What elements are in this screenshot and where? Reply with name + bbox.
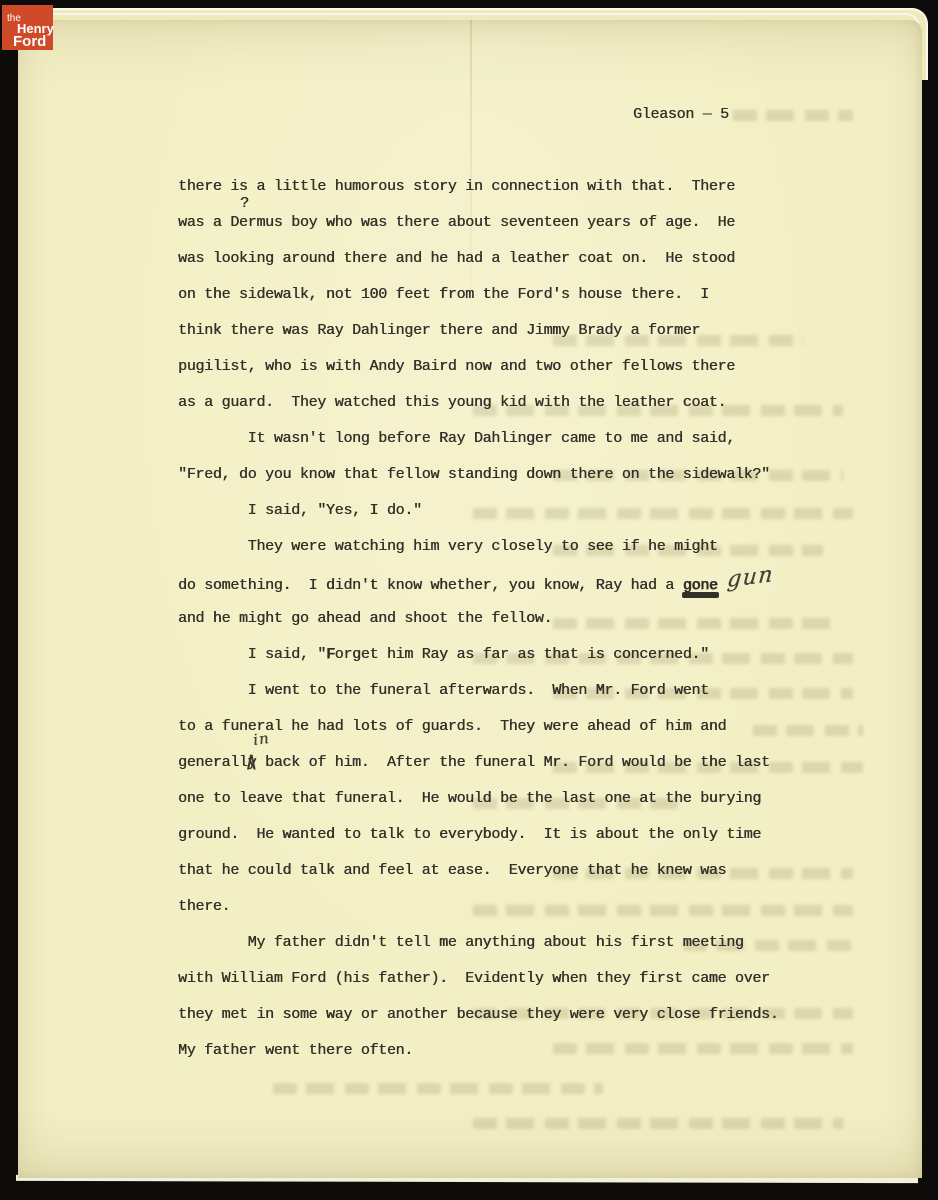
typed-segment: pugilist, who is with Andy Baird now and… <box>178 358 735 375</box>
typed-line: pugilist, who is with Andy Baird now and… <box>178 349 858 385</box>
typed-segment: was looking around there and he had a le… <box>178 250 735 267</box>
typed-segment: there is a little humorous story in conn… <box>178 178 735 195</box>
typed-segment: that he could talk and feel at ease. Eve… <box>178 862 726 879</box>
typed-segment: do something. I didn't know whether, you… <box>178 577 683 594</box>
scan-background: Gleason — 5 there is a little humorous s… <box>0 0 938 1200</box>
insertion-caret-icon: ∧ <box>245 747 256 779</box>
typed-line: as a guard. They watched this young kid … <box>178 385 858 421</box>
typed-segment: orget him Ray as far as that is concerne… <box>335 646 709 663</box>
typed-segment: I said, " <box>178 646 326 663</box>
typed-segment: as a guard. They watched this young kid … <box>178 394 726 411</box>
typed-segment: "Fred, do you know that fellow standing … <box>178 466 770 483</box>
struck-out-word: gone <box>683 577 718 594</box>
typed-segment: generally back of him. After the funeral… <box>178 754 770 771</box>
typed-segment: and he might go ahead and shoot the fell… <box>178 610 552 627</box>
typed-segment: My father went there often. <box>178 1042 413 1059</box>
typed-line: generally back of him. After the funeral… <box>178 745 858 781</box>
typed-segment: one to leave that funeral. He would be t… <box>178 790 761 807</box>
typed-line: was a Dermus boy who was there about sev… <box>178 205 858 241</box>
typed-line: they met in some way or another because … <box>178 997 858 1033</box>
typed-line: think there was Ray Dahlinger there and … <box>178 313 858 349</box>
bleed-through-line <box>473 1118 843 1129</box>
document-page: Gleason — 5 there is a little humorous s… <box>18 20 922 1178</box>
typed-line: I said, "Forget him Ray as far as that i… <box>178 637 858 673</box>
typed-segment: there. <box>178 898 230 915</box>
page-header: Gleason — 5 <box>633 106 729 123</box>
typed-line: My father went there often. <box>178 1033 858 1069</box>
typed-line: do something. I didn't know whether, you… <box>178 565 858 601</box>
typed-segment: think there was Ray Dahlinger there and … <box>178 322 700 339</box>
handwritten-word-gun: gun <box>725 557 775 599</box>
typed-line: "Fred, do you know that fellow standing … <box>178 457 858 493</box>
logo-text-ford: Ford <box>13 33 46 50</box>
typed-question-mark-annotation: ? <box>240 195 249 212</box>
typed-line: that he could talk and feel at ease. Eve… <box>178 853 858 889</box>
typed-segment: on the sidewalk, not 100 feet from the F… <box>178 286 709 303</box>
typed-line: My father didn't tell me anything about … <box>178 925 858 961</box>
typed-segment: was a Dermus boy who was there about sev… <box>178 214 735 231</box>
typed-line: and he might go ahead and shoot the fell… <box>178 601 858 637</box>
typed-line: I said, "Yes, I do." <box>178 493 858 529</box>
typed-line: one to leave that funeral. He would be t… <box>178 781 858 817</box>
typed-segment: I said, "Yes, I do." <box>178 502 422 519</box>
typed-segment: with William Ford (his father). Evidentl… <box>178 970 770 987</box>
typed-segment: They were watching him very closely to s… <box>178 538 718 555</box>
typed-line: It wasn't long before Ray Dahlinger came… <box>178 421 858 457</box>
bleed-through-line <box>733 110 853 121</box>
typed-line: on the sidewalk, not 100 feet from the F… <box>178 277 858 313</box>
typed-segment: I went to the funeral afterwards. When M… <box>178 682 709 699</box>
typed-segment: ground. He wanted to talk to everybody. … <box>178 826 761 843</box>
typed-line: I went to the funeral afterwards. When M… <box>178 673 858 709</box>
typed-text-block: there is a little humorous story in conn… <box>178 169 858 1069</box>
typed-line: with William Ford (his father). Evidentl… <box>178 961 858 997</box>
typed-segment: they met in some way or another because … <box>178 1006 778 1023</box>
typed-line: to a funeral he had lots of guards. They… <box>178 709 858 745</box>
typed-line: there. <box>178 889 858 925</box>
typed-segment: It wasn't long before Ray Dahlinger came… <box>178 430 735 447</box>
henry-ford-logo: the Henry Ford <box>2 5 53 50</box>
typed-segment: My father didn't tell me anything about … <box>178 934 744 951</box>
typed-line: there is a little humorous story in conn… <box>178 169 858 205</box>
bleed-through-line <box>273 1083 603 1094</box>
typed-line: was looking around there and he had a le… <box>178 241 858 277</box>
typed-segment: F <box>326 646 335 663</box>
typed-line: ground. He wanted to talk to everybody. … <box>178 817 858 853</box>
